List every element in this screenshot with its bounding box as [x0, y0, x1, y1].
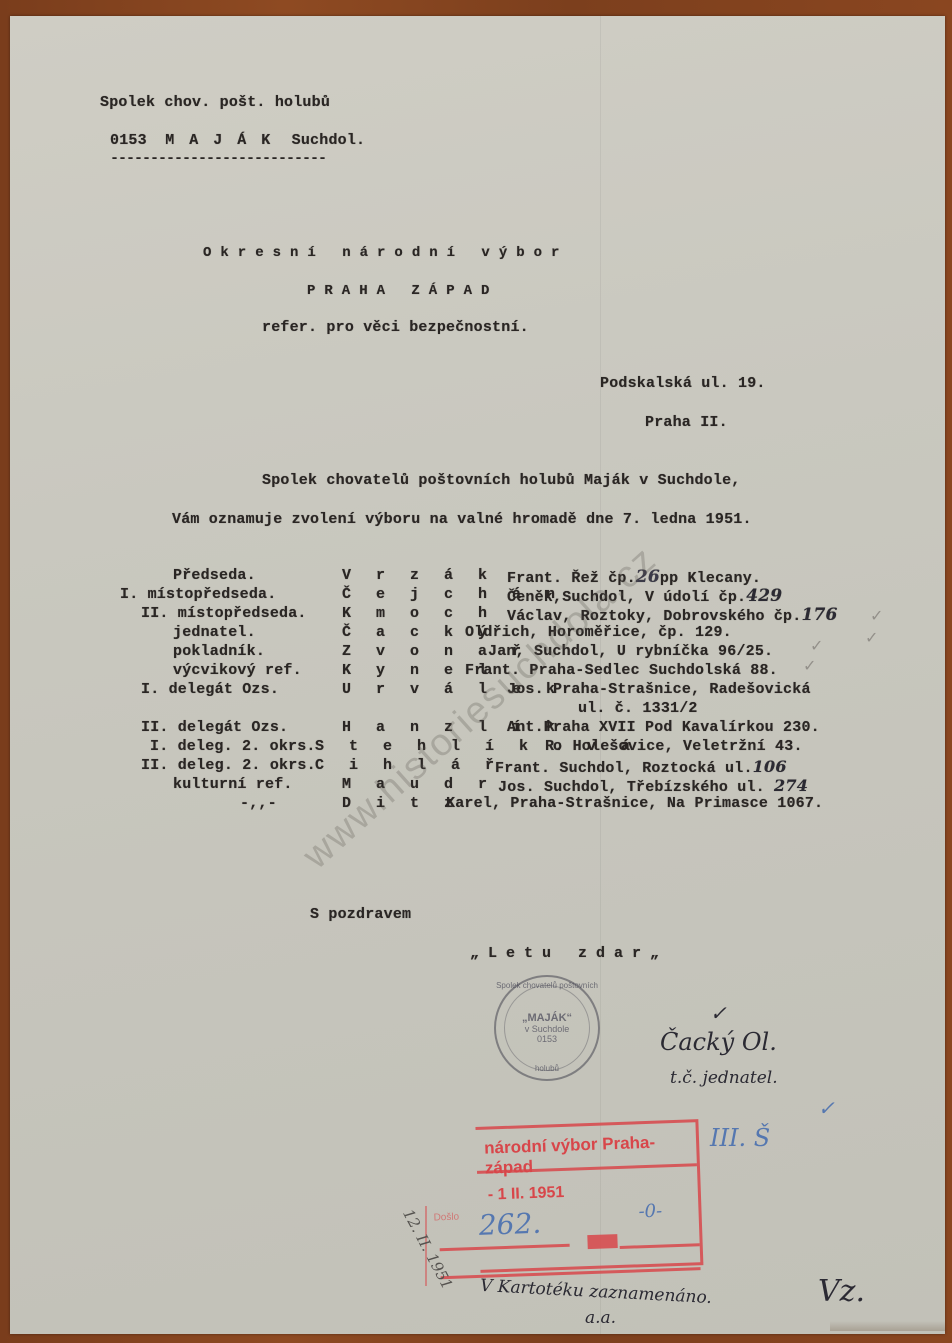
- sender-line-2: 0153 M A J Á K Suchdol.: [110, 132, 365, 149]
- stamp-ring-top: Spolek chovatelů poštovních: [496, 981, 598, 990]
- sender-code: 0153: [110, 132, 147, 149]
- committee-role: I. místopředseda.: [120, 586, 276, 603]
- handwritten-number: 274: [774, 776, 808, 795]
- recipient-district: PRAHA ZÁPAD: [307, 283, 498, 299]
- sender-name: M A J Á K: [165, 132, 273, 149]
- office-receipt-stamp: národní výbor Praha-západ - 1 II. 1951 D…: [475, 1119, 704, 1277]
- committee-details: Karel, Praha-Strašnice, Na Primasce 1067…: [446, 795, 823, 812]
- stamp-label: Došlo: [433, 1212, 459, 1224]
- committee-role: Předseda.: [173, 567, 256, 584]
- margin-note-text: V Kartotéku zaznamenáno.: [480, 1276, 713, 1308]
- sender-place: Suchdol.: [292, 132, 366, 149]
- registration-number: 262.: [478, 1207, 541, 1242]
- committee-role: -,,-: [240, 795, 277, 812]
- committee-details: Jos. Suchdol, Třebízského ul. 274: [498, 776, 808, 796]
- check-mark-icon: ✓: [803, 656, 816, 675]
- margin-initials: Vz.: [818, 1274, 865, 1309]
- blue-pencil-note: III. Š: [710, 1124, 770, 1152]
- intro-line-1: Spolek chovatelů poštovních holubů Maják…: [262, 472, 740, 489]
- committee-surname: V r z á k: [342, 567, 495, 584]
- committee-role: II. delegát Ozs.: [141, 719, 288, 736]
- intro-line-2: Vám oznamuje zvolení výboru na valné hro…: [172, 511, 752, 528]
- sender-line-1: Spolek chov. pošt. holubů: [100, 94, 330, 111]
- recipient-office: Okresní národní výbor: [203, 245, 568, 261]
- check-mark-icon: ✓: [870, 606, 883, 625]
- handwritten-number: 176: [801, 605, 837, 625]
- stamp-blue-mark: -0-: [638, 1200, 662, 1222]
- margin-note-aa: a.a.: [585, 1308, 616, 1328]
- committee-surname: K m o c h: [342, 605, 495, 622]
- stamp-ring: [504, 985, 590, 1071]
- closing-motto: „Letu zdar„: [470, 945, 668, 962]
- signature-name: Čacký Ol.: [660, 1028, 777, 1056]
- signature-title: t.č. jednatel.: [670, 1068, 778, 1088]
- committee-role: II. místopředseda.: [141, 605, 307, 622]
- stamp-ring-bottom: holubů: [496, 1064, 598, 1073]
- committee-role: II. deleg. 2. okrs.: [141, 757, 316, 774]
- check-mark-icon: ✓: [865, 628, 878, 647]
- recipient-department: refer. pro věci bezpečnostní.: [262, 319, 529, 336]
- committee-role: kulturní ref.: [173, 776, 293, 793]
- stamp-mark: [587, 1234, 617, 1249]
- document-page: Spolek chov. pošt. holubů 0153 M A J Á K…: [10, 16, 945, 1334]
- club-stamp: Spolek chovatelů poštovních „MAJÁK“ v Su…: [494, 975, 600, 1081]
- committee-details-continuation: ul. č. 1331/2: [578, 700, 698, 717]
- check-mark-icon: ✓: [810, 636, 823, 655]
- stamp-date: - 1 II. 1951: [488, 1184, 565, 1205]
- blue-check-icon: ✓: [818, 1096, 835, 1120]
- committee-details: Frant. Suchdol, Roztocká ul.106: [495, 757, 787, 777]
- committee-role: I. deleg. 2. okrs.: [150, 738, 316, 755]
- recipient-street: Podskalská ul. 19.: [600, 375, 766, 392]
- committee-role: výcvikový ref.: [173, 662, 302, 679]
- sender-underline: ---------------------------: [110, 150, 326, 167]
- committee-details: R. Holešovice, Veletržní 43.: [545, 738, 803, 755]
- committee-role: pokladník.: [173, 643, 265, 660]
- handwritten-number: 106: [753, 757, 787, 776]
- handwritten-number: 429: [746, 586, 782, 606]
- committee-details: Ant.Praha XVII Pod Kavalírkou 230.: [507, 719, 820, 736]
- closing-greeting: S pozdravem: [310, 906, 411, 923]
- paper-shadow: [830, 1321, 945, 1331]
- committee-role: jednatel.: [173, 624, 256, 641]
- committee-role: I. delegát Ozs.: [141, 681, 279, 698]
- signature-check-icon: ✓: [710, 1001, 727, 1025]
- recipient-city: Praha II.: [645, 414, 728, 431]
- committee-details: Jos. Praha-Strašnice, Radešovická: [507, 681, 811, 698]
